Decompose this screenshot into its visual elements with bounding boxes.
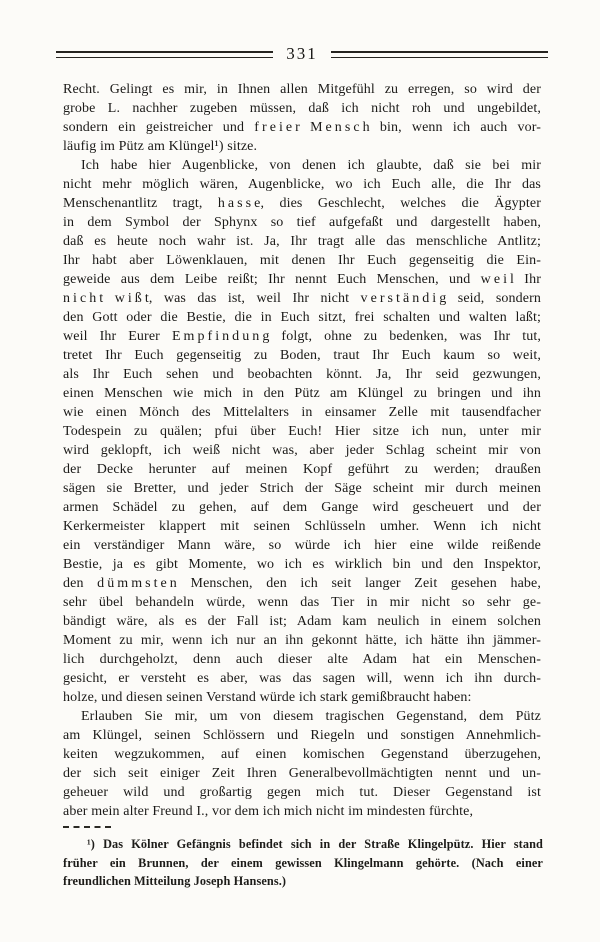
text-line: den Gott oder die Bestie, die in Euch si…: [63, 308, 541, 327]
page-number: 331: [286, 45, 318, 62]
header-rule-right: [331, 51, 548, 58]
text-line: Ihr habt aber Löwenklauen, mit denen Ihr…: [63, 251, 541, 270]
text-line: ein verständiger Mann wäre, so würde ich…: [63, 536, 541, 555]
text-line: wie einen Mönch des Mittelalters in eins…: [63, 403, 541, 422]
text-line: nicht mehr möglich wären, Augenblicke, w…: [63, 175, 541, 194]
text-line: grobe L. nachher zugeben müssen, daß ich…: [63, 99, 541, 118]
text-line: armen Schädel zu gehen, auf dem Gange wi…: [63, 498, 541, 517]
text-line: wird geklopft, ich weiß nicht was, aber …: [63, 441, 541, 460]
text-line: Erlauben Sie mir, um von diesem tragisch…: [63, 707, 541, 726]
text-line: aber mein alter Freund I., vor dem ich m…: [63, 802, 541, 821]
text-line: Kerkermeister klappert mit seinen Schlüs…: [63, 517, 541, 536]
text-line: freundlichen Mitteilung Joseph Hansens.): [63, 872, 543, 891]
text-line: in dem Symbol der Sphynx so tief aufgefa…: [63, 213, 541, 232]
text-line: Moment zu mir, wenn ich nur an ihn gekon…: [63, 631, 541, 650]
text-line: holze, und diesen seinen Verstand würde …: [63, 688, 541, 707]
page-header: 331: [56, 46, 548, 63]
paragraph: Ich habe hier Augenblicke, von denen ich…: [63, 156, 541, 707]
text-line: bändigt wäre, als es der Fall ist; Adam …: [63, 612, 541, 631]
text-line: keiten wegzukommen, auf einen komischen …: [63, 745, 541, 764]
text-line: den d ü m m s t e n Menschen, den ich se…: [63, 574, 541, 593]
paragraph: Recht. Gelingt es mir, in Ihnen allen Mi…: [63, 80, 541, 156]
text-line: tretet Ihr Euch gegenseitig zu Boden, tr…: [63, 346, 541, 365]
text-line: Recht. Gelingt es mir, in Ihnen allen Mi…: [63, 80, 541, 99]
text-line: Menschenantlitz tragt, h a s s e, dies G…: [63, 194, 541, 213]
text-line: lich durchgeholzt, denn auch dieser alte…: [63, 650, 541, 669]
body-text: Recht. Gelingt es mir, in Ihnen allen Mi…: [63, 80, 541, 821]
text-line: ¹) Das Kölner Gefängnis befindet sich in…: [63, 835, 543, 854]
text-line: der sich seit einiger Zeit Ihren General…: [63, 764, 541, 783]
text-line: weil Ihr Eurer E m p f i n d u n g folgt…: [63, 327, 541, 346]
text-line: geweide aus dem Leibe reißt; Ihr nennt E…: [63, 270, 541, 289]
text-line: n i c h t w i ß t, was das ist, weil Ihr…: [63, 289, 541, 308]
text-line: läufig im Pütz am Klüngel¹) sitze.: [63, 137, 541, 156]
text-line: gesicht, er versteht es aber, was das sa…: [63, 669, 541, 688]
text-line: sondern ein geistreicher und f r e i e r…: [63, 118, 541, 137]
text-line: am Klüngel, seinen Schlössern und Riegel…: [63, 726, 541, 745]
paragraph: Erlauben Sie mir, um von diesem tragisch…: [63, 707, 541, 821]
footnote-separator: [63, 826, 111, 828]
text-line: sägen sie Bretter, und jeder Strich der …: [63, 479, 541, 498]
text-line: daß es heute noch wahr ist. Ja, Ihr trag…: [63, 232, 541, 251]
text-line: als Ihr Euch sehen und beobachten könnt.…: [63, 365, 541, 384]
footnote: ¹) Das Kölner Gefängnis befindet sich in…: [63, 835, 543, 891]
text-line: sehr übel behandeln würde, wenn das Tier…: [63, 593, 541, 612]
text-line: früher ein Brunnen, der einem gewissen K…: [63, 854, 543, 873]
text-line: Todespein zu quälen; pfui über Euch! Hie…: [63, 422, 541, 441]
book-page-scan: 331 Recht. Gelingt es mir, in Ihnen alle…: [0, 0, 600, 942]
text-line: Ich habe hier Augenblicke, von denen ich…: [63, 156, 541, 175]
header-rule-left: [56, 51, 273, 58]
text-line: geheuer wild und großartig gegen mich tu…: [63, 783, 541, 802]
text-line: einen Menschen wie mich in den Pütz am K…: [63, 384, 541, 403]
text-line: Bestie, ja es gibt Momente, wo ich es wi…: [63, 555, 541, 574]
text-line: der Decke herunter auf meinen Kopf gefüh…: [63, 460, 541, 479]
